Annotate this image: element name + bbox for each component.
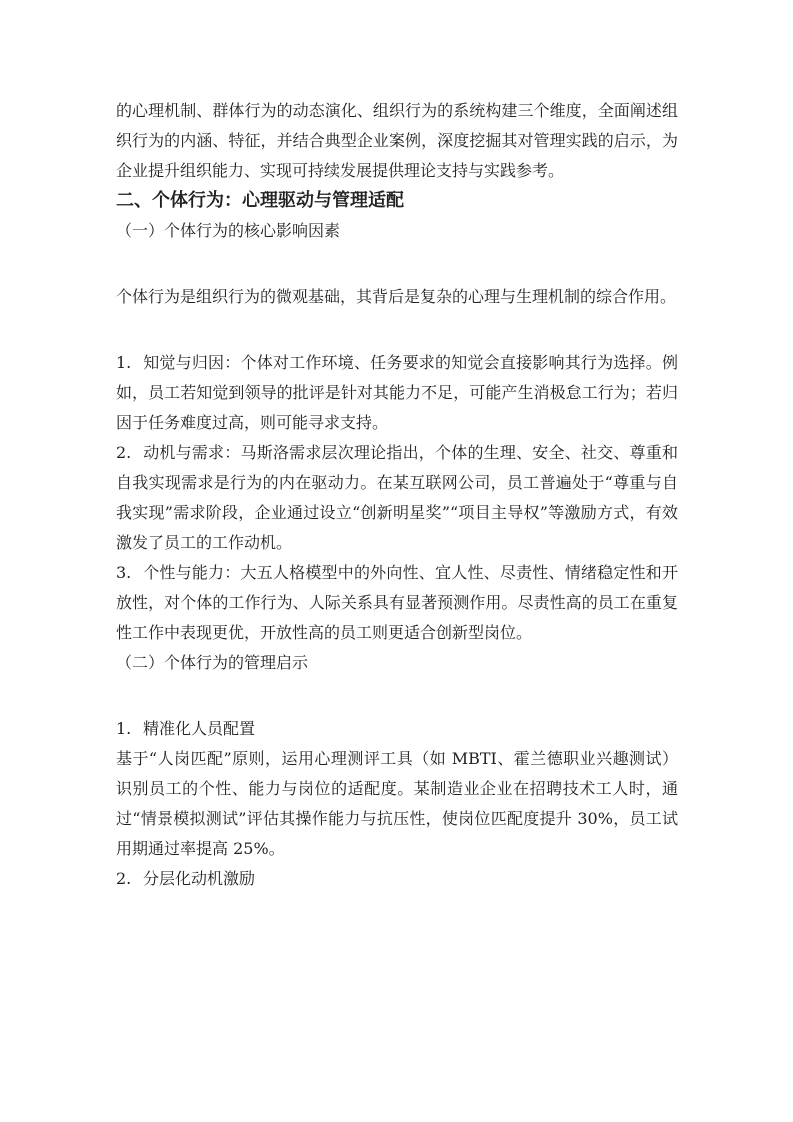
list-item-text: 个性与能力：大五人格模型中的外向性、宜人性、尽责性、情绪稳定性和开放性，对个体的… bbox=[116, 563, 678, 642]
subheading-core-influencing-factors: （一）个体行为的核心影响因素 bbox=[116, 216, 678, 246]
list-number: 2. bbox=[116, 438, 143, 468]
paragraph-continuation: 的心理机制、群体行为的动态演化、组织行为的系统构建三个维度，全面阐述组织行为的内… bbox=[116, 96, 678, 186]
list-item-perception-attribution: 1.知觉与归因：个体对工作环境、任务要求的知觉会直接影响其行为选择。例如，员工若… bbox=[116, 348, 678, 438]
list-number: 1. bbox=[116, 714, 143, 744]
list-number: 1. bbox=[116, 348, 143, 378]
list-number: 2. bbox=[116, 864, 143, 894]
list-item-text: 知觉与归因：个体对工作环境、任务要求的知觉会直接影响其行为选择。例如，员工若知觉… bbox=[116, 353, 678, 432]
list-item-precise-staffing: 1.精准化人员配置 bbox=[116, 714, 678, 744]
list-item-layered-motivation: 2.分层化动机激励 bbox=[116, 864, 678, 894]
section-heading-individual-behavior: 二、个体行为：心理驱动与管理适配 bbox=[116, 186, 678, 216]
list-item-text: 动机与需求：马斯洛需求层次理论指出，个体的生理、安全、社交、尊重和自我实现需求是… bbox=[116, 443, 678, 552]
paragraph-person-job-fit: 基于“人岗匹配”原则，运用心理测评工具（如 MBTI、霍兰德职业兴趣测试）识别员… bbox=[116, 744, 678, 864]
document-page: 的心理机制、群体行为的动态演化、组织行为的系统构建三个维度，全面阐述组织行为的内… bbox=[0, 0, 793, 1122]
list-number: 3. bbox=[116, 558, 143, 588]
list-item-personality-ability: 3.个性与能力：大五人格模型中的外向性、宜人性、尽责性、情绪稳定性和开放性，对个… bbox=[116, 558, 678, 648]
subheading-management-implications: （二）个体行为的管理启示 bbox=[116, 648, 678, 678]
paragraph-micro-foundation: 个体行为是组织行为的微观基础，其背后是复杂的心理与生理机制的综合作用。 bbox=[116, 282, 678, 312]
list-item-text: 分层化动机激励 bbox=[143, 869, 255, 888]
list-item-motivation-needs: 2.动机与需求：马斯洛需求层次理论指出，个体的生理、安全、社交、尊重和自我实现需… bbox=[116, 438, 678, 558]
list-item-text: 精准化人员配置 bbox=[143, 719, 255, 738]
